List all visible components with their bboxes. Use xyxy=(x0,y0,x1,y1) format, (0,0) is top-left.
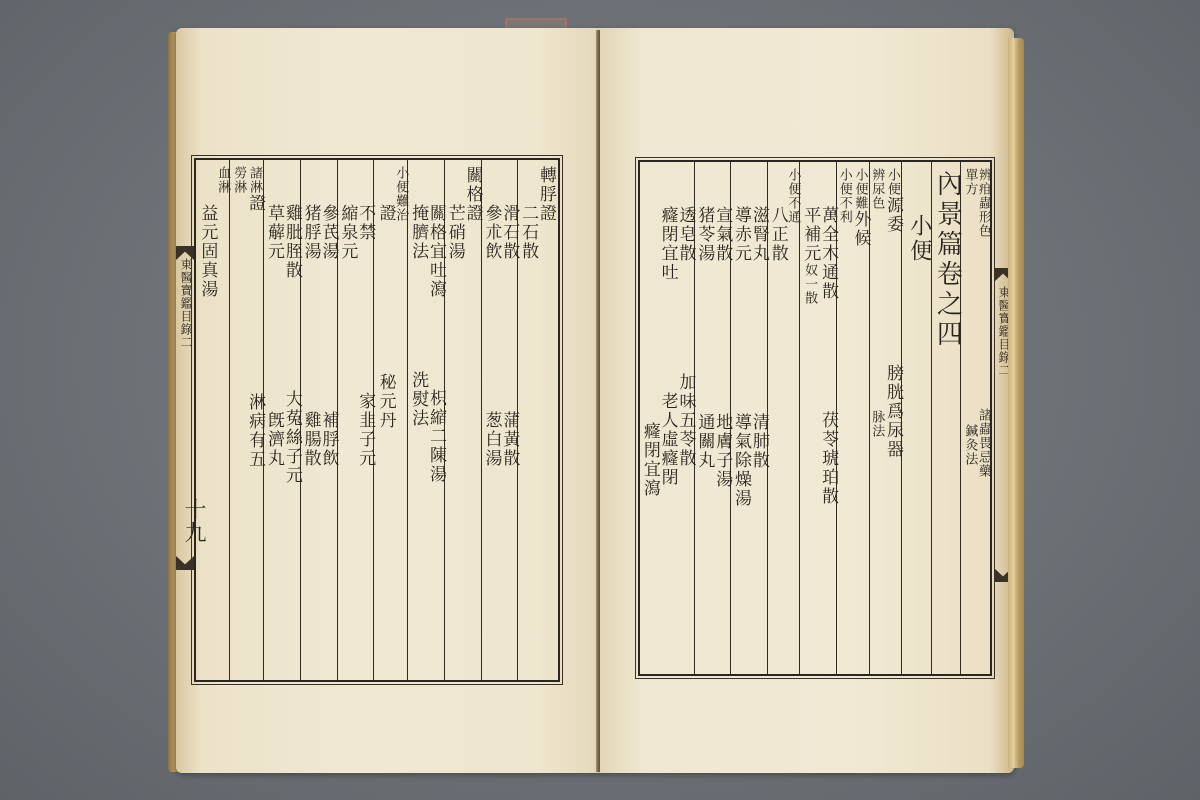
toc-entry: 脉法 xyxy=(870,410,884,438)
toc-entry: 透皂散 xyxy=(676,206,694,263)
toc-entry: 證 xyxy=(463,204,481,223)
book-right-edge xyxy=(1008,38,1024,768)
toc-heading: 小便 xyxy=(885,168,899,196)
toc-entry: 導赤元 xyxy=(731,206,749,263)
toc-column: 滋腎丸 清肺散 導赤元 導氣除燥湯 xyxy=(730,162,767,674)
toc-entry: 二石散 xyxy=(518,204,536,261)
toc-heading: 小便難 xyxy=(853,168,867,210)
toc-entry: 辨疳蟲形色 xyxy=(976,168,990,238)
toc-entry: 奴一散 xyxy=(802,263,816,305)
left-page: 東醫寶鑑目錄二 十九 轉脬 證 二石散 滑石散 xyxy=(176,28,600,773)
toc-entry: 外候 xyxy=(851,210,869,248)
toc-entry: 不禁 xyxy=(355,204,373,242)
toc-entry: 宣氣散 xyxy=(712,206,730,263)
toc-entry: 旣濟丸 xyxy=(264,411,282,468)
toc-entry: 洗熨法 xyxy=(408,371,426,428)
toc-entry: 參朮飲 xyxy=(482,204,500,261)
toc-entry: 茯苓琥珀散 xyxy=(818,411,836,506)
toc-entry: 源委 xyxy=(883,196,901,234)
toc-column: 轉脬 證 二石散 xyxy=(517,160,558,680)
toc-entry: 滑石散 xyxy=(499,204,517,261)
toc-entry: 鍼灸法 xyxy=(963,424,977,466)
toc-entry: 癃閉宜吐 xyxy=(658,206,676,282)
toc-column: 小便難治 證 秘元丹 xyxy=(373,160,407,680)
section-title: 小便 xyxy=(908,214,931,264)
toc-entry: 猪脬湯 xyxy=(301,204,319,261)
toc-entry: 清肺散 xyxy=(749,413,767,470)
right-text-frame: 辨疳蟲形色 諸蟲畏忌藥 單方 鍼灸法 內景篇卷之四 xyxy=(638,160,992,676)
toc-entry: 導氣除燥湯 xyxy=(731,413,749,508)
toc-entry: 單方 xyxy=(963,168,977,196)
toc-entry: 萬全木通散 xyxy=(818,206,836,301)
toc-column: 關格宜吐瀉 枳縮二陳湯 掩臍法 洗熨法 xyxy=(407,160,444,680)
toc-entry: 蒲黃散 xyxy=(499,411,517,468)
toc-heading: 辨尿色 xyxy=(870,168,884,210)
toc-column: 透皂散 加味五苓散 癃閉宜吐 老人虛癃閉 癃閉宜瀉 xyxy=(640,162,694,674)
toc-entry: 老人虛癃閉 xyxy=(658,392,676,487)
toc-entry: 諸蟲畏忌藥 xyxy=(976,408,990,478)
toc-entry: 家韭子元 xyxy=(355,392,373,468)
open-book: 東醫寶鑑目錄二 十九 轉脬 證 二石散 滑石散 xyxy=(168,28,1028,780)
toc-entry: 證 xyxy=(376,204,394,223)
toc-column: 小便不通 八正散 xyxy=(767,162,799,674)
toc-column: 萬全木通散 茯苓琥珀散 平補元 奴一散 xyxy=(799,162,836,674)
toc-entry: 淋病有五 xyxy=(245,393,263,469)
toc-column: 辨疳蟲形色 諸蟲畏忌藥 單方 鍼灸法 xyxy=(960,162,990,674)
toc-column: 關格 證 芒硝湯 xyxy=(444,160,481,680)
toc-entry: 膀胱爲尿器 xyxy=(883,364,901,459)
toc-heading: 小便不利 xyxy=(837,168,851,224)
toc-entry: 縮泉元 xyxy=(338,204,356,261)
toc-entry: 證 xyxy=(245,194,263,213)
toc-entry: 猪苓湯 xyxy=(695,206,713,263)
toc-entry: 掩臍法 xyxy=(408,204,426,261)
toc-column: 內景篇卷之四 xyxy=(931,162,961,674)
right-page: 辨疳蟲形色 諸蟲畏忌藥 單方 鍼灸法 內景篇卷之四 xyxy=(600,28,1014,773)
left-text-frame: 轉脬 證 二石散 滑石散 蒲黃散 參朮飲 葱白湯 xyxy=(194,158,560,682)
toc-entry: 秘元丹 xyxy=(376,373,394,430)
toc-entry: 葱白湯 xyxy=(482,411,500,468)
toc-entry: 關格宜吐瀉 xyxy=(426,204,444,299)
toc-column: 滑石散 蒲黃散 參朮飲 葱白湯 xyxy=(481,160,518,680)
volume-title: 內景篇卷之四 xyxy=(933,170,960,350)
toc-column: 諸淋 證 淋病有五 勞淋 xyxy=(229,160,263,680)
toc-column: 小便難 外候 小便不利 xyxy=(836,162,868,674)
left-margin-title: 東醫寶鑑目錄二 xyxy=(178,258,195,349)
toc-entry: 雞肶胵散 xyxy=(282,204,300,280)
toc-heading: 小便不通 xyxy=(786,168,800,224)
toc-heading: 關格 xyxy=(463,166,481,204)
toc-column: 參芪湯 補脬飲 猪脬湯 雞腸散 xyxy=(300,160,337,680)
toc-entry: 滋腎丸 xyxy=(749,206,767,263)
toc-column: 小便 源委 膀胱爲尿器 辨尿色 脉法 xyxy=(869,162,901,674)
toc-entry: 通關丸 xyxy=(695,413,713,470)
toc-entry: 枳縮二陳湯 xyxy=(426,389,444,484)
toc-column: 不禁 家韭子元 縮泉元 xyxy=(337,160,374,680)
toc-entry: 大菟絲子元 xyxy=(282,390,300,485)
toc-entry: 八正散 xyxy=(768,206,786,263)
toc-entry: 雞腸散 xyxy=(301,411,319,468)
toc-entry: 補脬飲 xyxy=(319,411,337,468)
fish-tail-ornament-icon xyxy=(176,556,194,570)
toc-entry: 益元固真湯 xyxy=(198,204,216,299)
toc-heading: 勞淋 xyxy=(232,166,246,194)
toc-entry: 證 xyxy=(536,204,554,223)
toc-heading: 小便難治 xyxy=(394,166,408,222)
toc-column: 血淋 益元固真湯 xyxy=(196,160,229,680)
toc-entry: 參芪湯 xyxy=(319,204,337,261)
toc-heading: 轉脬 xyxy=(536,166,554,204)
toc-entry: 加味五苓散 xyxy=(676,373,694,468)
toc-heading: 諸淋 xyxy=(247,166,261,194)
toc-entry: 草薢元 xyxy=(264,204,282,261)
toc-entry: 癃閉宜瀉 xyxy=(640,422,658,498)
toc-column: 小便 xyxy=(901,162,931,674)
toc-entry: 芒硝湯 xyxy=(445,204,463,261)
toc-entry: 平補元 xyxy=(800,206,818,263)
toc-heading: 血淋 xyxy=(215,166,229,194)
toc-column: 雞肶胵散 大菟絲子元 草薢元 旣濟丸 xyxy=(263,160,300,680)
toc-entry: 地膚子湯 xyxy=(712,413,730,489)
toc-column: 宣氣散 地膚子湯 猪苓湯 通關丸 xyxy=(694,162,731,674)
